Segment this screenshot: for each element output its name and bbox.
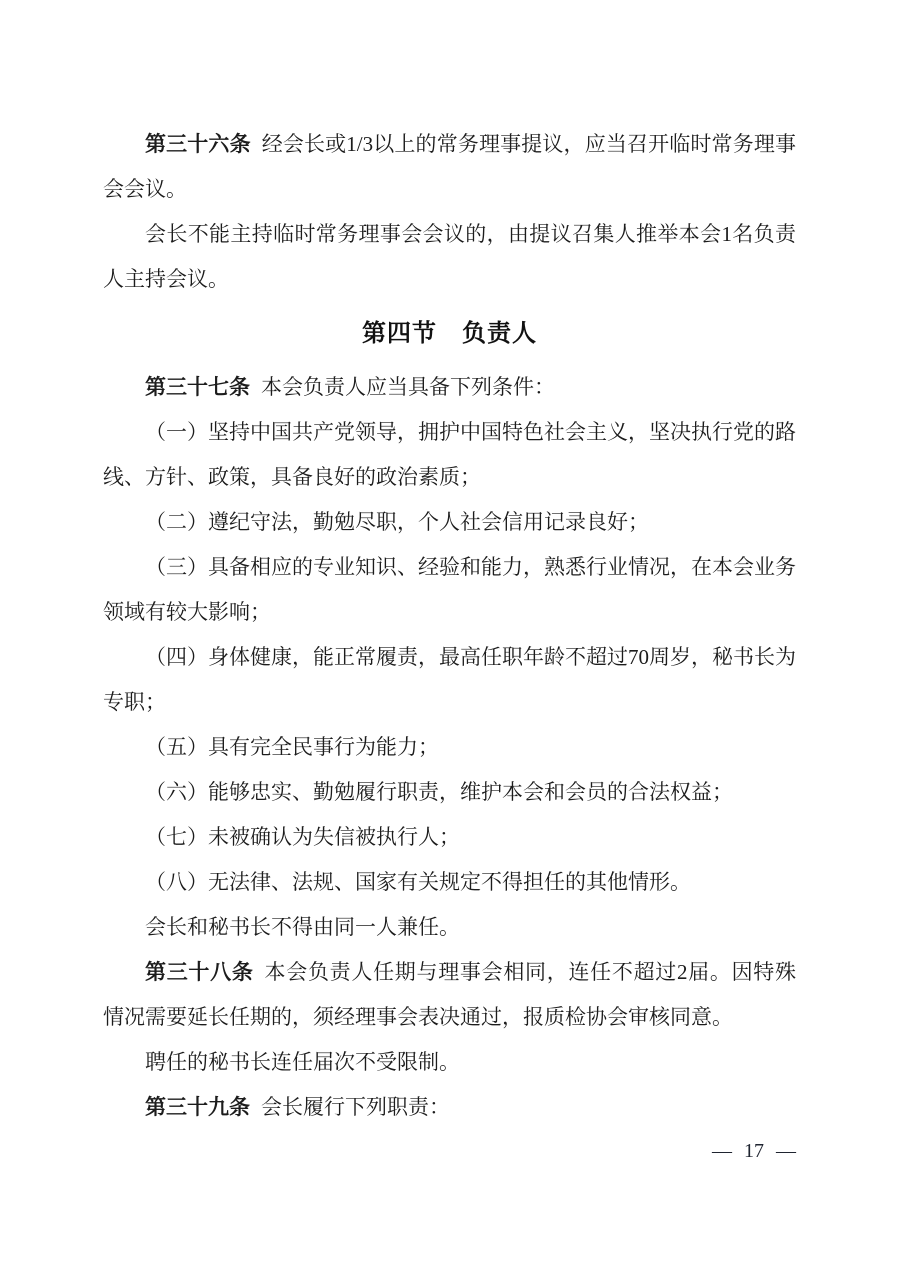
article-36-paragraph: 第三十六条经会长或1/3以上的常务理事提议，应当召开临时常务理事会会议。 bbox=[103, 122, 796, 212]
article-36-number: 第三十六条 bbox=[145, 132, 251, 156]
paragraph-text: 会长不能主持临时常务理事会会议的，由提议召集人推举本会1名负责人主持会议。 bbox=[103, 222, 796, 291]
article-37-item-3: （三）具备相应的专业知识、经验和能力，熟悉行业情况，在本会业务领域有较大影响； bbox=[103, 545, 796, 635]
article-38-paragraph-2: 聘任的秘书长连任届次不受限制。 bbox=[103, 1040, 796, 1085]
article-38-paragraph: 第三十八条本会负责人任期与理事会相同，连任不超过2届。因特殊情况需要延长任期的，… bbox=[103, 950, 796, 1040]
paragraph-text: 会长和秘书长不得由同一人兼任。 bbox=[145, 915, 460, 939]
article-37-item-5: （五）具有完全民事行为能力； bbox=[103, 725, 796, 770]
section-heading: 第四节 负责人 bbox=[103, 311, 796, 356]
paragraph-text: 聘任的秘书长连任届次不受限制。 bbox=[145, 1050, 460, 1074]
article-37-item-2: （二）遵纪守法，勤勉尽职，个人社会信用记录良好； bbox=[103, 500, 796, 545]
page-number: 17 bbox=[744, 1136, 764, 1166]
paragraph-text: 本会负责人应当具备下列条件： bbox=[261, 375, 555, 399]
article-37-item-8: （八）无法律、法规、国家有关规定不得担任的其他情形。 bbox=[103, 860, 796, 905]
article-37-item-4: （四）身体健康，能正常履责，最高任职年龄不超过70周岁，秘书长为专职； bbox=[103, 635, 796, 725]
document-body: 第三十六条经会长或1/3以上的常务理事提议，应当召开临时常务理事会会议。 会长不… bbox=[0, 0, 900, 1130]
paragraph-text: （三）具备相应的专业知识、经验和能力，熟悉行业情况，在本会业务领域有较大影响； bbox=[103, 555, 796, 624]
paragraph-text: （四）身体健康，能正常履责，最高任职年龄不超过70周岁，秘书长为专职； bbox=[103, 645, 796, 714]
article-37-paragraph: 第三十七条本会负责人应当具备下列条件： bbox=[103, 365, 796, 410]
paragraph-text: （一）坚持中国共产党领导，拥护中国特色社会主义，坚决执行党的路线、方针、政策，具… bbox=[103, 420, 796, 489]
article-36-paragraph-2: 会长不能主持临时常务理事会会议的，由提议召集人推举本会1名负责人主持会议。 bbox=[103, 212, 796, 302]
article-37-item-7: （七）未被确认为失信被执行人； bbox=[103, 815, 796, 860]
paragraph-text: （五）具有完全民事行为能力； bbox=[145, 735, 439, 759]
article-37-closing: 会长和秘书长不得由同一人兼任。 bbox=[103, 905, 796, 950]
paragraph-text: （二）遵纪守法，勤勉尽职，个人社会信用记录良好； bbox=[145, 510, 649, 534]
article-39-number: 第三十九条 bbox=[145, 1095, 250, 1119]
footer-dash-left: — bbox=[712, 1136, 732, 1166]
article-37-item-1: （一）坚持中国共产党领导，拥护中国特色社会主义，坚决执行党的路线、方针、政策，具… bbox=[103, 410, 796, 500]
article-38-number: 第三十八条 bbox=[145, 960, 254, 984]
footer-dash-right: — bbox=[776, 1136, 796, 1166]
article-39-paragraph: 第三十九条会长履行下列职责： bbox=[103, 1085, 796, 1130]
paragraph-text: （八）无法律、法规、国家有关规定不得担任的其他情形。 bbox=[145, 870, 691, 894]
paragraph-text: （六）能够忠实、勤勉履行职责，维护本会和会员的合法权益； bbox=[145, 780, 733, 804]
paragraph-text: 会长履行下列职责： bbox=[261, 1095, 450, 1119]
page-footer: — 17 — bbox=[712, 1136, 796, 1166]
article-37-number: 第三十七条 bbox=[145, 375, 250, 399]
article-37-item-6: （六）能够忠实、勤勉履行职责，维护本会和会员的合法权益； bbox=[103, 770, 796, 815]
paragraph-text: （七）未被确认为失信被执行人； bbox=[145, 825, 460, 849]
